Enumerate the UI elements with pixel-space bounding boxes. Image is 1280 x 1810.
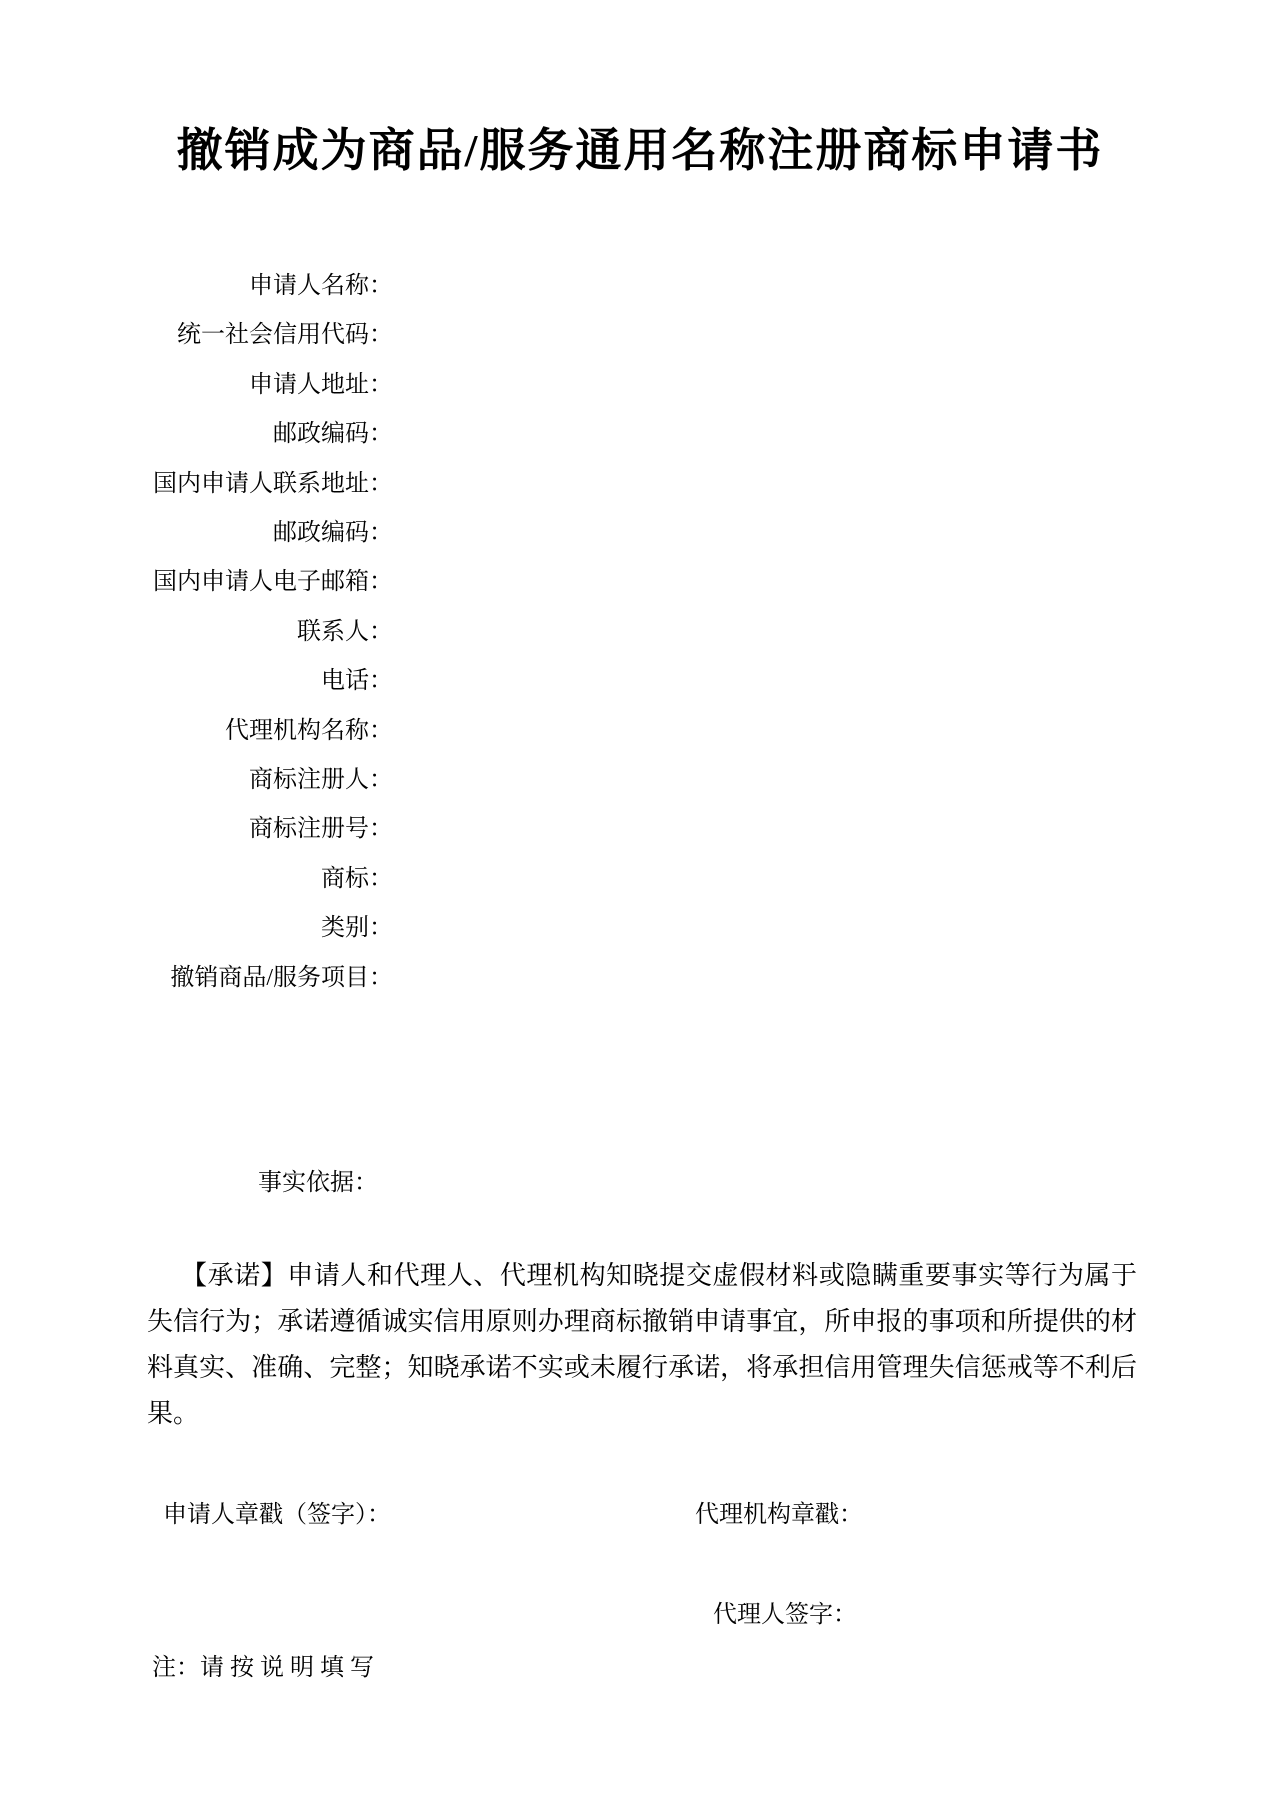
agent-signature-label: 代理人签字： bbox=[713, 1600, 857, 1630]
field-label-postal-code-2: 邮政编码： bbox=[0, 509, 393, 558]
field-label-applicant-address: 申请人地址： bbox=[0, 361, 393, 410]
form-field-labels: 申请人名称： 统一社会信用代码： 申请人地址： 邮政编码： 国内申请人联系地址：… bbox=[0, 262, 393, 1003]
field-label-domestic-contact-address: 国内申请人联系地址： bbox=[0, 460, 393, 509]
field-label-applicant-name: 申请人名称： bbox=[0, 262, 393, 311]
document-title: 撤销成为商品/服务通用名称注册商标申请书 bbox=[0, 121, 1280, 181]
field-label-phone: 电话： bbox=[0, 657, 393, 706]
agency-seal-label: 代理机构章戳： bbox=[695, 1500, 863, 1530]
field-label-trademark-registrant: 商标注册人： bbox=[0, 756, 393, 805]
note-text: 注：请 按 说 明 填 写 bbox=[152, 1653, 374, 1683]
field-label-class: 类别： bbox=[0, 904, 393, 953]
field-label-postal-code: 邮政编码： bbox=[0, 410, 393, 459]
field-label-unified-social-credit-code: 统一社会信用代码： bbox=[0, 311, 393, 360]
field-label-trademark: 商标： bbox=[0, 855, 393, 904]
field-label-agency-name: 代理机构名称： bbox=[0, 707, 393, 756]
applicant-seal-signature-label: 申请人章戳（签字）： bbox=[163, 1500, 391, 1530]
document-page: 撤销成为商品/服务通用名称注册商标申请书 申请人名称： 统一社会信用代码： 申请… bbox=[0, 0, 1280, 1810]
facts-basis-label: 事实依据： bbox=[258, 1166, 378, 1200]
pledge-paragraph: 【承诺】申请人和代理人、代理机构知晓提交虚假材料或隐瞒重要事实等行为属于失信行为… bbox=[147, 1253, 1137, 1437]
field-label-cancelled-goods-services: 撤销商品/服务项目： bbox=[0, 954, 393, 1003]
field-label-domestic-email: 国内申请人电子邮箱： bbox=[0, 558, 393, 607]
field-label-trademark-registration-number: 商标注册号： bbox=[0, 805, 393, 854]
field-label-contact-person: 联系人： bbox=[0, 608, 393, 657]
